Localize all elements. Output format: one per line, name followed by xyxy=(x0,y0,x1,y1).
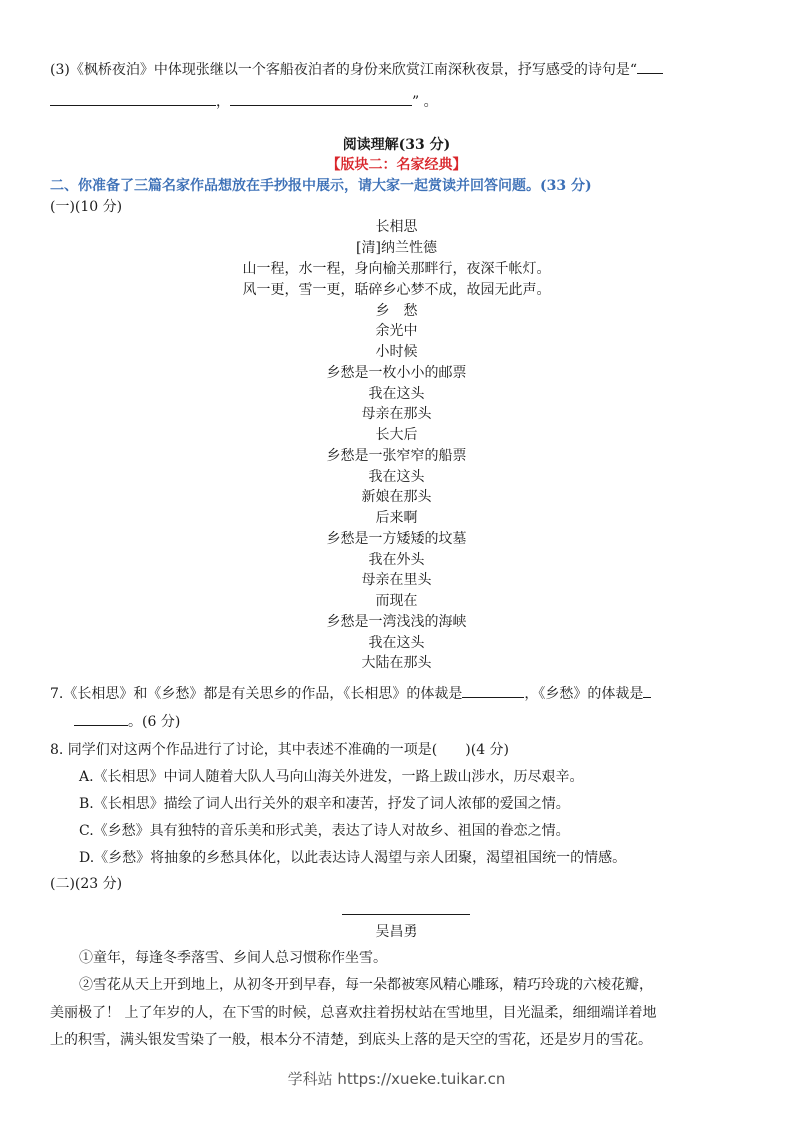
poem-1-line: 山一程，水一程，身向榆关那畔行，夜深千帐灯。 xyxy=(0,259,793,279)
essay-title-blank[interactable] xyxy=(342,914,470,915)
essay-author: 吴昌勇 xyxy=(0,922,793,942)
question-7-text: ，《乡愁》的体裁是 xyxy=(524,686,643,702)
answer-blank[interactable] xyxy=(230,91,412,106)
poem-1-title: 长相思 xyxy=(0,217,793,237)
poem-2-line: 乡愁是一湾浅浅的海峡 xyxy=(0,612,793,632)
poem-2-line: 乡愁是一方矮矮的坟墓 xyxy=(0,529,793,549)
question-7-continued: 。(6 分) xyxy=(74,711,180,732)
answer-blank[interactable] xyxy=(637,59,663,74)
question-7-text: 7.《长相思》和《乡愁》都是有关思乡的作品，《长相思》的体裁是 xyxy=(50,686,462,702)
poem-2-line: 我在这头 xyxy=(0,633,793,653)
poem-2-line: 新娘在那头 xyxy=(0,487,793,507)
poem-2-line: 乡愁是一枚小小的邮票 xyxy=(0,363,793,383)
essay-paragraph-2-line: 美丽极了！ 上了年岁的人，在下雪的时候，总喜欢拄着拐杖站在雪地里，目光温柔，细细… xyxy=(50,1003,656,1023)
option-a[interactable]: A.《长相思》中词人随着大队人马向山海关外进发，一路上跋山涉水，历尽艰辛。 xyxy=(79,767,584,787)
essay-paragraph-2-line: ②雪花从天上开到地上，从初冬开到早春，每一朵都被寒风精心雕琢，精巧玲珑的六棱花瓣… xyxy=(79,975,653,995)
answer-blank[interactable] xyxy=(74,711,128,726)
question-3: (3)《枫桥夜泊》中体现张继以一个客船夜泊者的身份来欣赏江南深秋夜景，抒写感受的… xyxy=(50,59,663,80)
option-d[interactable]: D.《乡愁》将抽象的乡愁具体化，以此表达诗人渴望与亲人团聚，渴望祖国统一的情感。 xyxy=(79,848,626,868)
question-3-continued: ，” 。 xyxy=(50,91,438,112)
answer-blank[interactable] xyxy=(50,91,216,106)
poem-2-line: 后来啊 xyxy=(0,508,793,528)
poem-2-author: 余光中 xyxy=(0,321,793,341)
answer-blank[interactable] xyxy=(643,683,651,698)
poem-2-line: 乡愁是一张窄窄的船票 xyxy=(0,446,793,466)
poem-2-line: 我在这头 xyxy=(0,384,793,404)
poem-2-line: 大陆在那头 xyxy=(0,653,793,673)
poem-2-line: 我在这头 xyxy=(0,467,793,487)
question-8-stem: 8. 同学们对这两个作品进行了讨论，其中表述不准确的一项是( )(4 分) xyxy=(50,740,509,760)
block-label: 【版块二：名家经典】 xyxy=(0,155,793,175)
essay-paragraph-2-line: 上的积雪，满头银发雪染了一般，根本分不清楚，到底头上落的是天空的雪花，还是岁月的… xyxy=(50,1030,652,1050)
poem-2-line: 我在外头 xyxy=(0,550,793,570)
option-b[interactable]: B.《长相思》描绘了词人出行关外的艰辛和凄苦，抒发了词人浓郁的爱国之情。 xyxy=(79,794,570,814)
section-title: 阅读理解(33 分) xyxy=(0,135,793,155)
answer-blank[interactable] xyxy=(462,683,524,698)
essay-paragraph-1: ①童年，每逢冬季落雪、乡间人总习惯称作坐雪。 xyxy=(79,948,387,968)
footer-watermark: 学科站 https://xueke.tuikar.cn xyxy=(0,1069,793,1089)
part-1-label: (一)(10 分) xyxy=(50,197,122,217)
poem-1-author: [清]纳兰性德 xyxy=(0,238,793,258)
question-7-score: 。(6 分) xyxy=(128,714,180,730)
poem-2-line: 母亲在那头 xyxy=(0,404,793,424)
poem-2-line: 而现在 xyxy=(0,591,793,611)
poem-2-line: 小时候 xyxy=(0,342,793,362)
poem-2-line: 母亲在里头 xyxy=(0,570,793,590)
poem-2-line: 长大后 xyxy=(0,425,793,445)
question-3-text: (3)《枫桥夜泊》中体现张继以一个客船夜泊者的身份来欣赏江南深秋夜景，抒写感受的… xyxy=(50,62,637,78)
poem-2-title: 乡 愁 xyxy=(0,301,793,321)
comma: ， xyxy=(216,94,230,110)
option-c[interactable]: C.《乡愁》具有独特的音乐美和形式美，表达了诗人对故乡、祖国的眷恋之情。 xyxy=(79,821,570,841)
question-7: 7.《长相思》和《乡愁》都是有关思乡的作品，《长相思》的体裁是，《乡愁》的体裁是 xyxy=(50,683,651,704)
poem-1-line: 风一更，雪一更，聒碎乡心梦不成，故园无此声。 xyxy=(0,280,793,300)
closing-quote: ” 。 xyxy=(412,94,438,110)
section-instruction: 二、你准备了三篇名家作品想放在手抄报中展示，请大家一起赏读并回答问题。(33 分… xyxy=(50,176,592,196)
part-2-label: (二)(23 分) xyxy=(50,874,122,894)
